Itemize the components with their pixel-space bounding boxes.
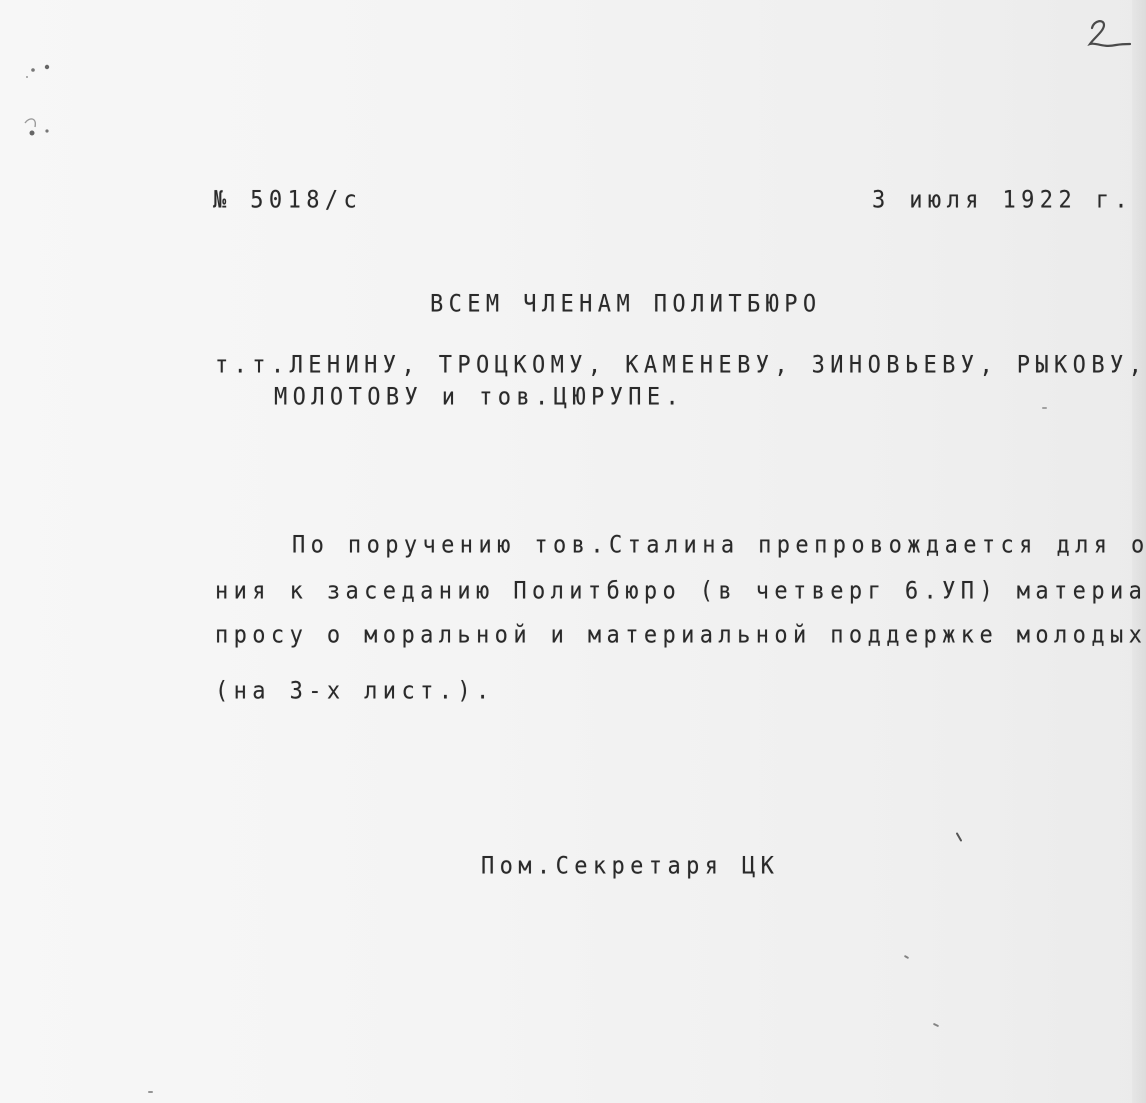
scan-speck (904, 955, 909, 959)
document-date: 3 июля 1922 г. (872, 189, 1133, 213)
addressee-header: ВСЕМ ЧЛЕНАМ ПОЛИТБЮРО (430, 293, 822, 317)
body-text-line: По поручению тов.Сталина препровождается… (292, 534, 1146, 558)
scan-speck (1042, 407, 1047, 409)
body-text-line: просу о моральной и материальной поддерж… (215, 624, 1146, 648)
scan-speck (933, 1023, 939, 1027)
handwritten-page-number (1082, 14, 1132, 54)
document-number: № 5018/с (213, 189, 362, 213)
archival-marks (15, 55, 65, 145)
document-page: № 5018/с 3 июля 1922 г. ВСЕМ ЧЛЕНАМ ПОЛИ… (0, 0, 1146, 1103)
body-text-line: ния к заседанию Политбюро (в четверг 6.У… (215, 580, 1146, 604)
scan-speck (148, 1091, 153, 1093)
addressee-line: МОЛОТОВУ и тов.ЦЮРУПЕ. (274, 386, 684, 410)
body-text-line: (на 3-х лист.). (215, 680, 495, 704)
addressee-line: т.т.ЛЕНИНУ, ТРОЦКОМУ, КАМЕНЕВУ, ЗИНОВЬЕВ… (215, 354, 1146, 378)
scan-speck (956, 832, 963, 842)
signature-line: Пом.Секретаря ЦК (481, 855, 779, 879)
